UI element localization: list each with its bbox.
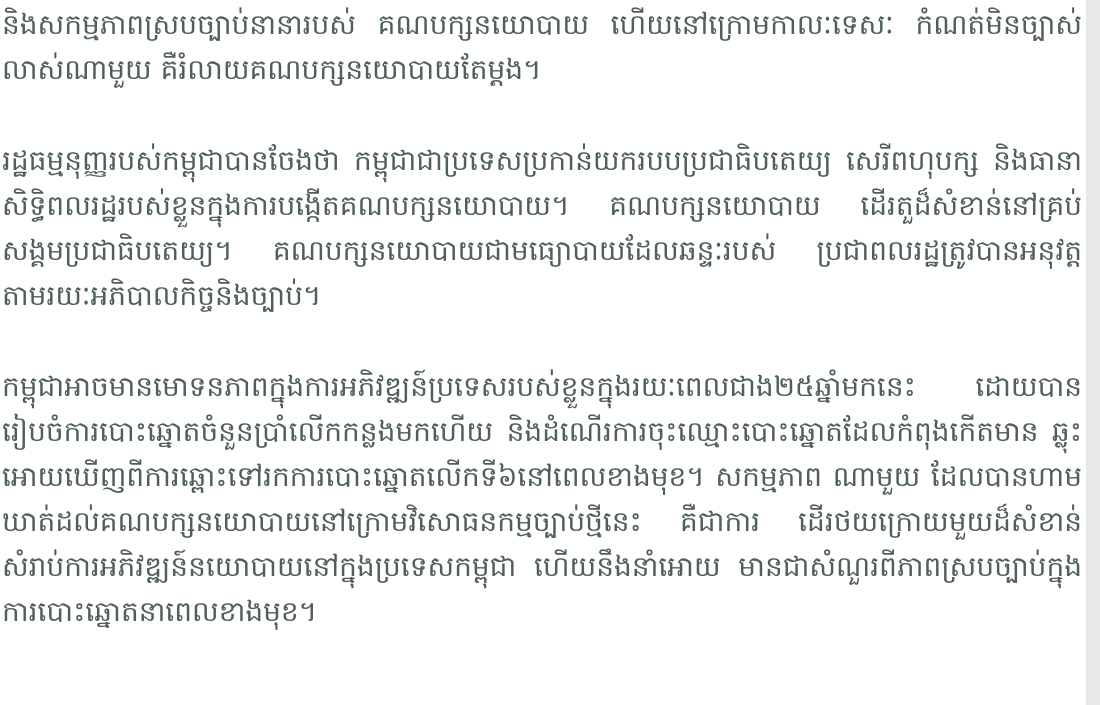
document-page: និងសកម្មភាពស្របច្បាប់នានារបស់ គណបក្សនយោប… [0, 0, 1100, 705]
paragraph-3: កម្ពុជាអាចមានមោទនភាពក្នុងការអភិវឌ្ឍន៍ប្រ… [2, 364, 1082, 634]
paragraph-2: រដ្ឋធម្មនុញ្ញរបស់កម្ពុជាបានចែងថា កម្ពុជា… [2, 138, 1082, 318]
scrollbar-track[interactable] [1086, 0, 1100, 705]
article-body: និងសកម្មភាពស្របច្បាប់នានារបស់ គណបក្សនយោប… [2, 2, 1082, 634]
paragraph-1: និងសកម្មភាពស្របច្បាប់នានារបស់ គណបក្សនយោប… [2, 2, 1082, 92]
